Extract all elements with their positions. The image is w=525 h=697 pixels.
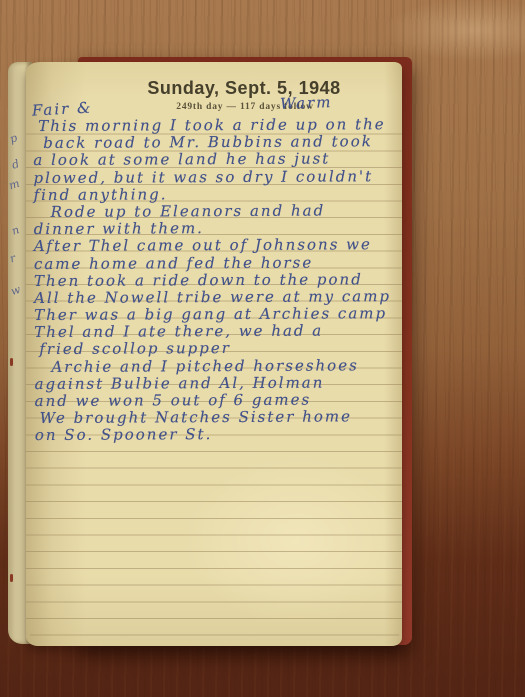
prev-page-writing-fragment: n bbox=[10, 223, 21, 238]
prev-page-writing-fragment: w bbox=[9, 283, 22, 298]
weather-note-right: Warm bbox=[280, 93, 333, 113]
binding-stitch bbox=[10, 358, 13, 366]
diary-entry-line: plowed, but it was so dry I couldn't bbox=[33, 168, 423, 187]
diary-entry-line: fried scollop supper bbox=[34, 339, 424, 358]
printed-date-header: Sunday, Sept. 5, 1948 bbox=[86, 78, 402, 99]
diary-page: Sunday, Sept. 5, 1948 249th day — 117 da… bbox=[26, 62, 402, 646]
diary-photo: p d m n r w Sunday, Sept. 5, 1948 249th … bbox=[0, 0, 525, 697]
printed-day-count: 249th day — 117 days follow bbox=[88, 102, 402, 112]
diary-entry-line: After Thel came out of Johnsons we bbox=[34, 236, 424, 255]
diary-book: p d m n r w Sunday, Sept. 5, 1948 249th … bbox=[0, 54, 430, 654]
diary-entry-line: Rode up to Eleanors and had bbox=[34, 202, 424, 221]
diary-entry: This morning I took a ride up on the bac… bbox=[33, 116, 425, 445]
prev-page-writing-fragment: r bbox=[8, 252, 17, 266]
prev-page-writing-fragment: d bbox=[10, 157, 21, 172]
diary-entry-line: came home and fed the horse bbox=[34, 253, 424, 272]
prev-page-writing-fragment: m bbox=[7, 177, 21, 193]
prev-page-writing-fragment: p bbox=[8, 131, 19, 146]
diary-entry-line: We brought Natches Sister home bbox=[35, 408, 425, 427]
binding-stitch bbox=[10, 574, 13, 582]
diary-entry-line: on So. Spooner St. bbox=[35, 425, 425, 444]
diary-entry-line: Archie and I pitched horseshoes bbox=[34, 357, 424, 376]
